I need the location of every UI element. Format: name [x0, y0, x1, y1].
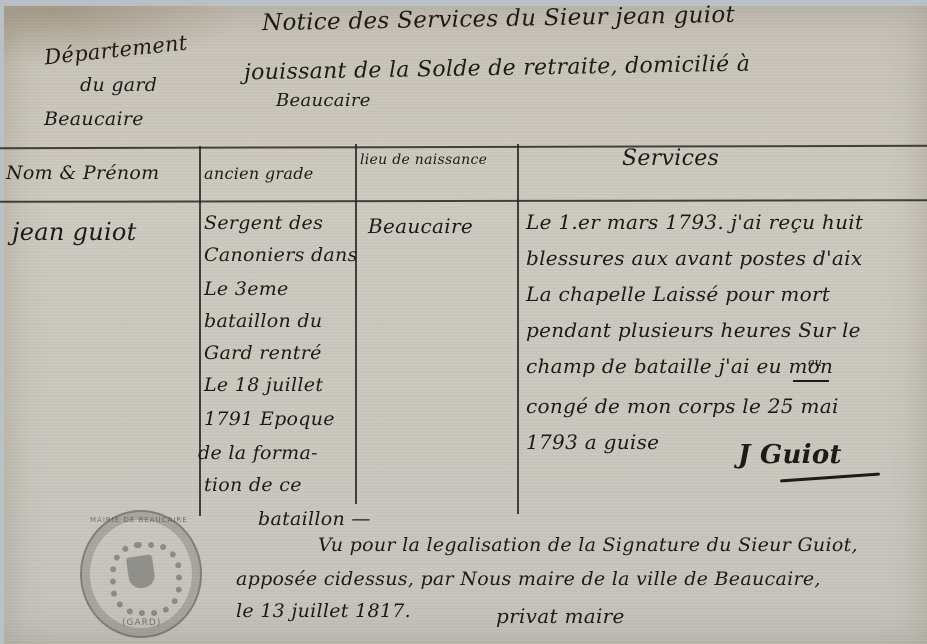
stamp-text-top: MAIRIE DE BEAUCAIRE	[90, 516, 188, 524]
town-label: Beaucaire	[44, 108, 144, 130]
services-line: 1793 a guise	[526, 430, 659, 454]
column-header-grade: ancien grade	[204, 164, 314, 183]
column-header-services: Services	[622, 146, 719, 171]
stamp-text-bottom: (GARD)	[122, 618, 161, 628]
grade-line: Canoniers dans	[204, 244, 358, 266]
soldier-name: jean guiot	[12, 218, 137, 246]
legalisation-line1: Vu pour la legalisation de la Signature …	[318, 534, 858, 556]
grade-line: 1791 Epoque	[204, 408, 335, 430]
grade-line: Le 3eme	[204, 278, 289, 300]
legalisation-line3: le 13 juillet 1817.	[236, 600, 411, 622]
grade-line: Le 18 juillet	[204, 374, 323, 396]
column-divider-3	[517, 144, 519, 514]
notice-title-line3: Beaucaire	[276, 90, 371, 111]
services-insertion: eu	[808, 356, 822, 369]
strikethrough-mark	[793, 380, 829, 382]
grade-line: bataillon —	[258, 508, 371, 530]
column-header-name: Nom & Prénom	[6, 162, 159, 184]
grade-line: Sergent des	[204, 212, 323, 234]
services-line: pendant plusieurs heures Sur le	[526, 318, 861, 342]
column-header-birthplace: lieu de naissance	[360, 152, 487, 168]
department-name: du gard	[80, 74, 157, 96]
grade-line: de la forma-	[198, 442, 318, 464]
grade-line: bataillon du	[204, 310, 322, 332]
services-line: blessures aux avant postes d'aix	[526, 246, 862, 270]
legalisation-line2: apposée cidessus, par Nous maire de la v…	[236, 568, 821, 590]
birthplace: Beaucaire	[368, 214, 473, 238]
column-divider-2	[355, 144, 357, 504]
mairie-stamp: MAIRIE DE BEAUCAIRE (GARD)	[80, 510, 202, 638]
services-line: Le 1.er mars 1793. j'ai reçu huit	[526, 210, 863, 234]
grade-line: Gard rentré	[204, 342, 322, 364]
mayor-signature: privat maire	[496, 604, 625, 628]
grade-line: tion de ce	[204, 474, 302, 496]
services-line: La chapelle Laissé pour mort	[526, 282, 830, 306]
services-line: champ de bataille j'ai eu mon	[526, 354, 833, 378]
soldier-signature: J Guiot	[738, 440, 842, 470]
services-line: congé de mon corps le 25 mai	[526, 394, 839, 418]
